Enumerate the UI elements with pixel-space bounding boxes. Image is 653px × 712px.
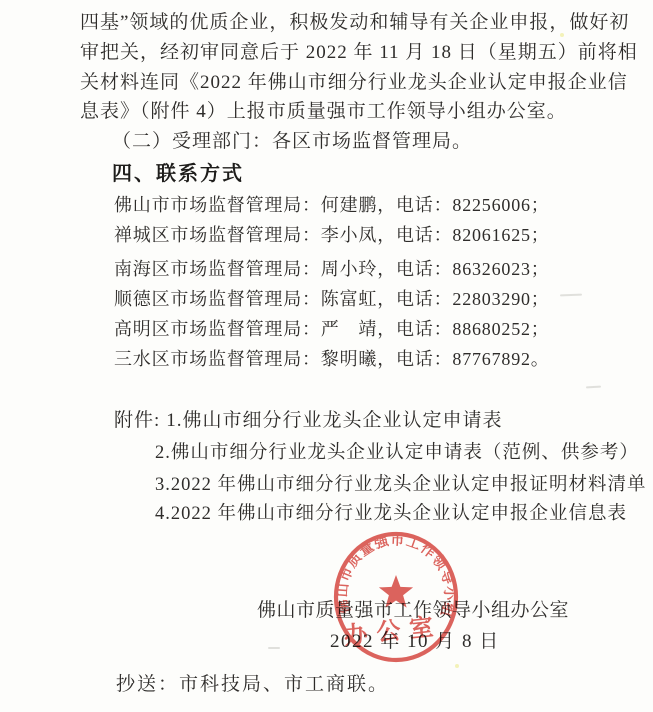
attachment-item: 4.2022 年佛山市细分行业龙头企业认定申报企业信息表: [155, 503, 627, 525]
paragraph-line: 审把关，经初审同意后于 2022 年 11 月 18 日（星期五）前将相: [80, 42, 638, 64]
scan-speck: [560, 33, 564, 37]
attachment-item: 1.佛山市细分行业龙头企业认定申请表: [166, 410, 502, 431]
scan-artifact: [268, 647, 280, 649]
contact-line: 禅城区市场监督管理局：李小凤，电话：82061625；: [114, 224, 550, 246]
contact-line: 南海区市场监督管理局：周小玲，电话：86326023；: [114, 258, 550, 280]
paragraph-line: 息表》（附件 4）上报市质量强市工作领导小组办公室。: [80, 101, 567, 123]
contact-line: 三水区市场监督管理局：黎明曦，电话：87767892。: [114, 348, 550, 370]
contact-line: 佛山市市场监督管理局：何建鹏，电话：82256006；: [114, 194, 550, 216]
signature-date: 2022 年 10 月 8 日: [330, 631, 500, 653]
paragraph-line: 关材料连同《2022 年佛山市细分行业龙头企业认定申报企业信: [80, 72, 628, 94]
scanned-document-page: 四基”领域的优质企业，积极发动和辅导有关企业申报，做好初 审把关，经初审同意后于…: [0, 0, 653, 712]
signature-org: 佛山市质量强市工作领导小组办公室: [257, 600, 569, 622]
receiving-dept-line: （二）受理部门：各区市场监督管理局。: [112, 131, 472, 153]
attachments-line-1: 附件:1.佛山市细分行业龙头企业认定申请表: [114, 410, 503, 432]
scan-artifact: [560, 294, 582, 297]
attachments-label: 附件:: [114, 410, 160, 431]
attachment-item: 3.2022 年佛山市细分行业龙头企业认定申报证明材料清单: [155, 474, 647, 496]
contact-line: 顺德区市场监督管理局：陈富虹，电话：22803290；: [114, 288, 550, 310]
paragraph-line: 四基”领域的优质企业，积极发动和辅导有关企业申报，做好初: [80, 12, 629, 34]
section-heading: 四、联系方式: [112, 163, 244, 185]
attachment-item: 2.佛山市细分行业龙头企业认定申请表（范例、供参考）: [155, 442, 639, 464]
contact-line: 高明区市场监督管理局：严 靖，电话：88680252；: [114, 318, 550, 340]
cc-line: 抄送：市科技局、市工商联。: [116, 674, 389, 696]
scan-artifact: [586, 386, 601, 389]
scan-speck: [455, 664, 459, 668]
